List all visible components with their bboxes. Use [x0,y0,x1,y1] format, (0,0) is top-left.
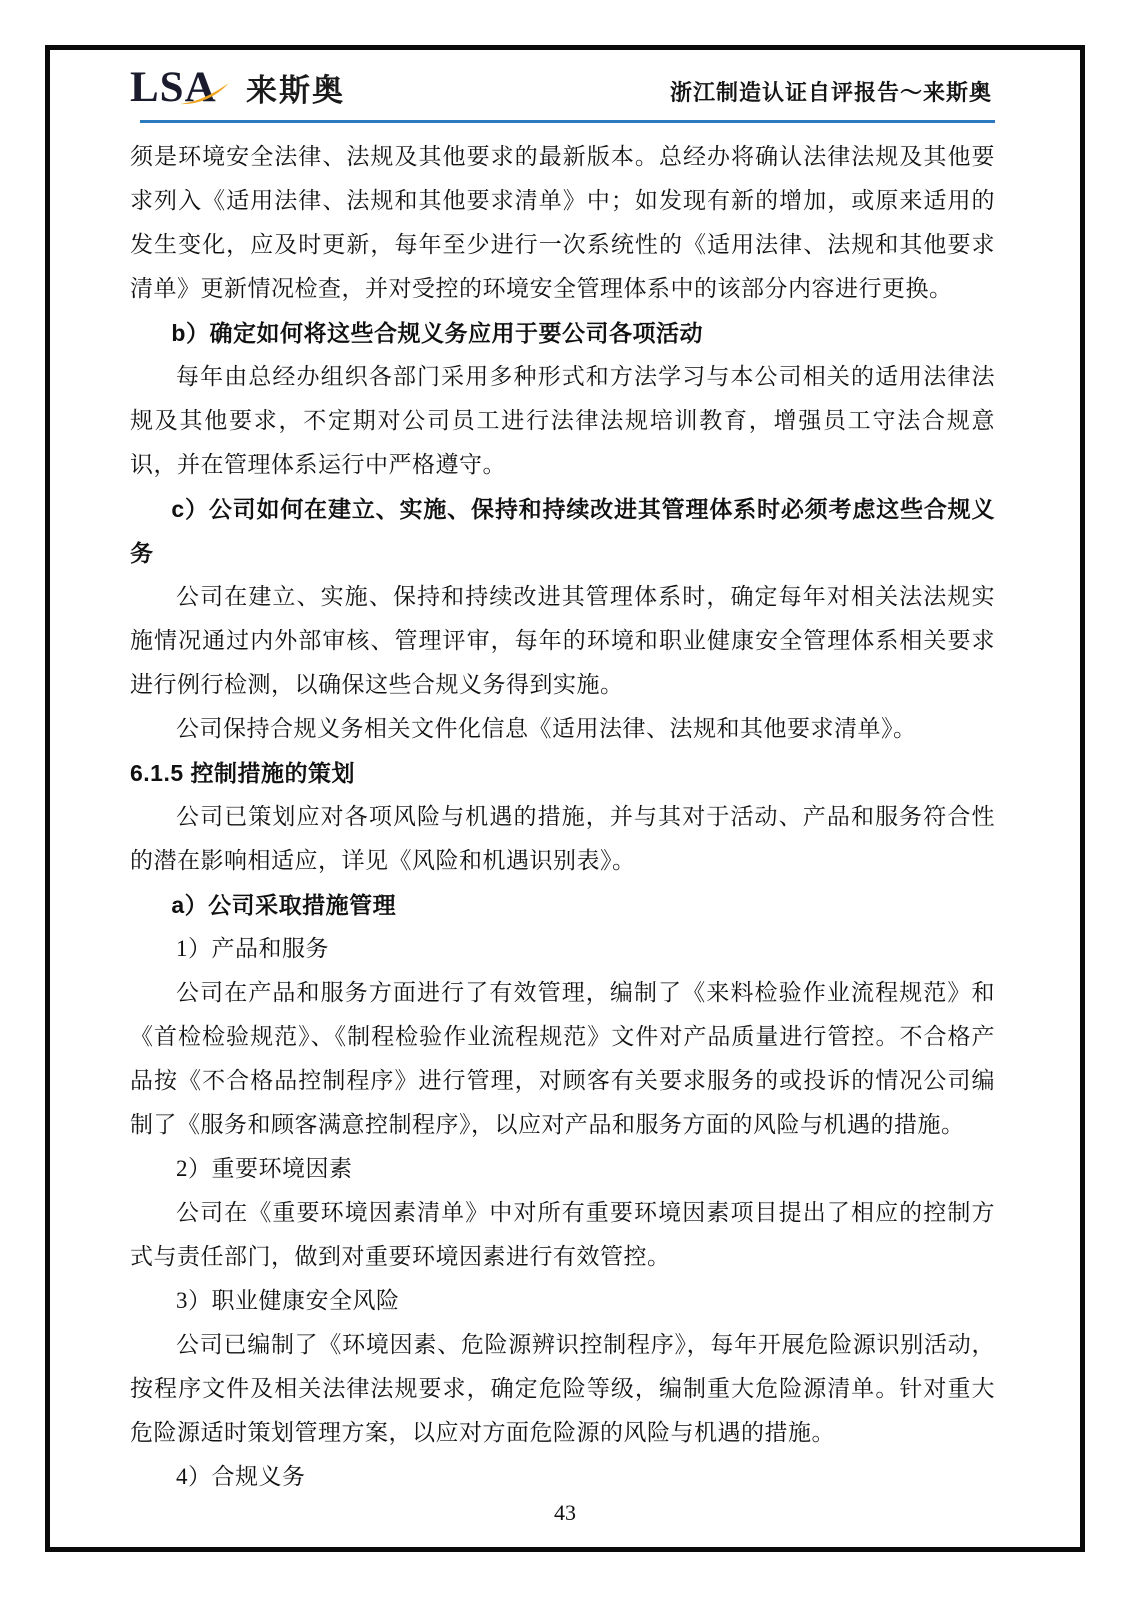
item-1-products-services: 1）产品和服务 [130,927,995,971]
heading-c-management-system: c）公司如何在建立、实施、保持和持续改进其管理体系时必须考虑这些合规义务 [130,487,995,575]
header-divider-rule [140,120,995,123]
report-title: 浙江制造认证自评报告～来斯奥 [670,76,992,107]
company-logo: LSA 来斯奥 [130,63,345,111]
para-c-detail: 公司在建立、实施、保持和持续改进其管理体系时，确定每年对相关法法规实施情况通过内… [130,575,995,707]
heading-b-compliance-application: b）确定如何将这些合规义务应用于要公司各项活动 [130,311,995,355]
item-2-environmental-factors: 2）重要环境因素 [130,1147,995,1191]
lsa-logo-text: LSA [130,64,217,111]
para-b-detail: 每年由总经办组织各部门采用多种形式和方法学习与本公司相关的适用法律法规及其他要求… [130,355,995,487]
heading-a-measures-management: a）公司采取措施管理 [130,883,995,927]
company-logo-cn: 来斯奥 [246,65,345,110]
document-body: 须是环境安全法律、法规及其他要求的最新版本。总经办将确认法律法规及其他要求列入《… [130,135,995,1499]
page-border-frame: LSA 来斯奥 浙江制造认证自评报告～来斯奥 须是环境安全法律、法规及其他要求的… [45,45,1085,1552]
para-item1-detail: 公司在产品和服务方面进行了有效管理，编制了《来料检验作业流程规范》和《首检检验规… [130,971,995,1147]
para-documented-info: 公司保持合规义务相关文件化信息《适用法律、法规和其他要求清单》。 [130,707,995,751]
para-615-intro: 公司已策划应对各项风险与机遇的措施，并与其对于活动、产品和服务符合性的潜在影响相… [130,795,995,883]
heading-6-1-5-control-measures: 6.1.5 控制措施的策划 [130,751,995,795]
page-number: 43 [50,1500,1080,1526]
lsa-logo-mark: LSA [130,63,232,111]
item-3-ohs-risk: 3）职业健康安全风险 [130,1279,995,1323]
para-item2-detail: 公司在《重要环境因素清单》中对所有重要环境因素项目提出了相应的控制方式与责任部门… [130,1191,995,1279]
para-item3-detail: 公司已编制了《环境因素、危险源辨识控制程序》，每年开展危险源识别活动，按程序文件… [130,1323,995,1455]
item-4-compliance-obligations: 4）合规义务 [130,1455,995,1499]
para-legal-requirements-update: 须是环境安全法律、法规及其他要求的最新版本。总经办将确认法律法规及其他要求列入《… [130,135,995,311]
